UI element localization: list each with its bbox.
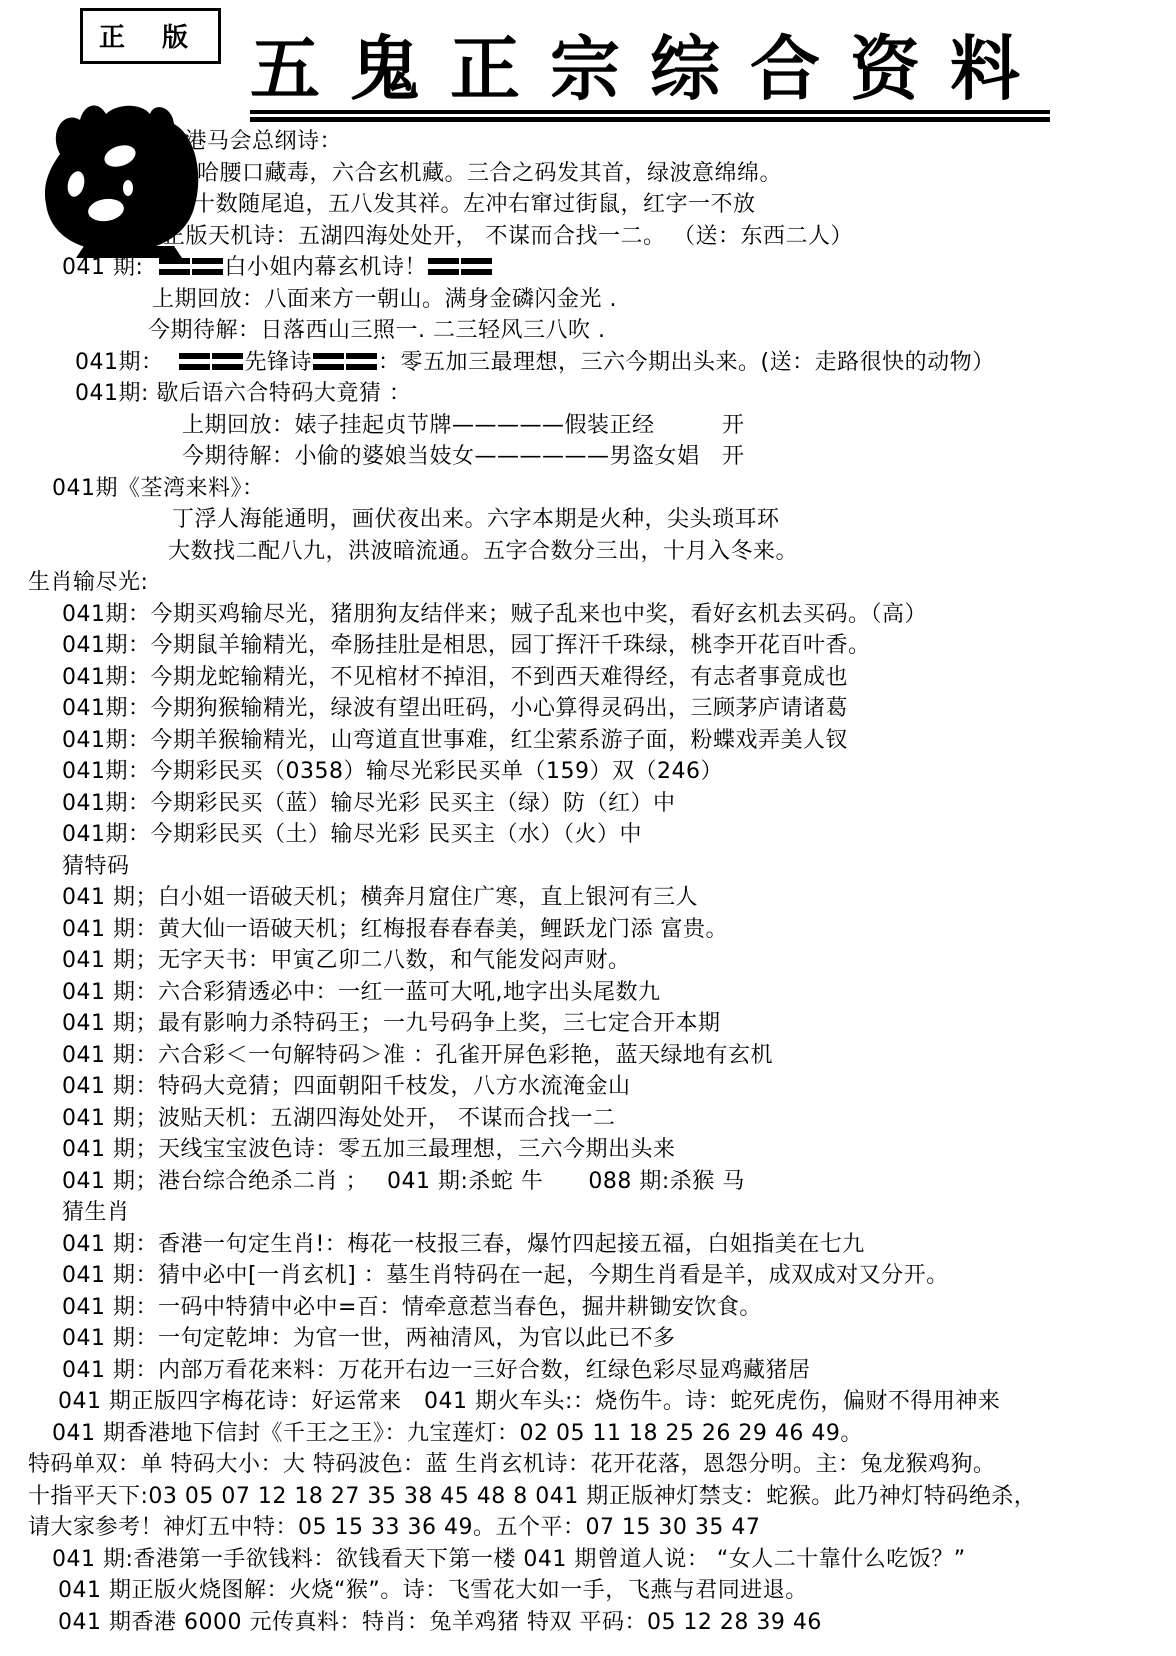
line-suffix: ：零五加三最理想，三六今期出头来。(送：走路很快的动物） bbox=[378, 350, 995, 375]
text-line: 041 期；无字天书：甲寅乙卯二八数，和气能发闷声财。 bbox=[0, 945, 1176, 977]
text-line: 041期：今期狗猴输精光，绿波有望出旺码，小心算得灵码出，三顾茅庐请诸葛 bbox=[0, 693, 1176, 725]
black-bar-icon bbox=[192, 258, 223, 275]
text-line: 041 期香港地下信封《千王之王》：九宝莲灯：02 05 11 18 25 26… bbox=[0, 1418, 1176, 1450]
text-line: 041期：今期彩民买（0358）输尽光彩民买单（159）双（246） bbox=[0, 756, 1176, 788]
text-line: 041期：今期彩民买（土）输尽光彩 民买主（水）（火）中 bbox=[0, 819, 1176, 851]
line-prefix: 041期： bbox=[75, 350, 178, 375]
text-line: 特码单双：单 特码大小：大 特码波色：蓝 生肖玄机诗：花开花落，恩怨分明。主：兔… bbox=[0, 1449, 1176, 1481]
black-bar-icon bbox=[179, 353, 210, 370]
line-label: 先锋诗 bbox=[244, 350, 312, 375]
black-bar-icon bbox=[461, 258, 492, 275]
text-line: 041期：今期彩民买（蓝）输尽光彩 民买主（绿）防（红）中 bbox=[0, 788, 1176, 820]
text-line-xianfengshi: 041期： 先锋诗：零五加三最理想，三六今期出头来。(送：走路很快的动物） bbox=[0, 347, 1176, 379]
text-line: 上期回放：八面来方一朝山。满身金磷闪金光 . bbox=[0, 284, 1176, 316]
line-prefix: 041 期: bbox=[62, 255, 158, 280]
black-bar-icon bbox=[428, 258, 459, 275]
text-line: 今期待解：小偷的婆娘当妓女——————男盗女娼 开 bbox=[0, 441, 1176, 473]
zhengban-badge: 正 版 bbox=[80, 8, 221, 64]
text-line: 041 期；港台综合绝杀二肖 ； 041 期:杀蛇 牛 088 期:杀猴 马 bbox=[0, 1166, 1176, 1198]
text-line: 上期回放：婊子挂起贞节牌—————假装正经 开 bbox=[0, 410, 1176, 442]
text-line: 丁浮人海能通明，画伏夜出来。六字本期是火种，尖头琐耳环 bbox=[0, 504, 1176, 536]
text-line: 041 期；天线宝宝波色诗：零五加三最理想，三六今期出头来 bbox=[0, 1134, 1176, 1166]
text-line: 041 期；最有影响力杀特码王；一九号码争上奖，三七定合开本期 bbox=[0, 1008, 1176, 1040]
black-bar-icon bbox=[346, 353, 377, 370]
section-heading-cai-shengxiao: 猜生肖 bbox=[0, 1197, 1176, 1229]
text-line: 041期《荃湾来料》： bbox=[0, 473, 1176, 505]
text-line: 041 期正版火烧图解：火烧“猴”。诗：飞雪花大如一手，飞燕与君同进退。 bbox=[0, 1575, 1176, 1607]
text-line: 今期待解：日落西山三照一. 二三轻风三八吹 . bbox=[0, 315, 1176, 347]
text-line: 041 期：香港一句定生肖!：梅花一枝报三春，爆竹四起接五福，白姐指美在七九 bbox=[0, 1229, 1176, 1261]
text-line: 041 期:香港第一手欲钱料：欲钱看天下第一楼 041 期曾道人说： “女人二十… bbox=[0, 1544, 1176, 1576]
text-line: 041期：今期买鸡输尽光，猪朋狗友结伴来；贼子乱来也中奖，看好玄机去买码。（高） bbox=[0, 599, 1176, 631]
black-bar-icon bbox=[159, 258, 190, 275]
black-bar-icon bbox=[212, 353, 243, 370]
page-title: 五鬼正宗综合资料 bbox=[250, 30, 1050, 114]
text-line: 十指平天下:03 05 07 12 18 27 35 38 45 48 8 04… bbox=[0, 1481, 1176, 1513]
text-line: 041 期；波贴天机：五湖四海处处开， 不谋而合找一二 bbox=[0, 1103, 1176, 1135]
text-line: 041 期香港 6000 元传真料：特肖：兔羊鸡猪 特双 平码：05 12 28… bbox=[0, 1607, 1176, 1639]
text-body: 香港马会总纲诗： 躬身哈腰口藏毒，六合玄机藏。三合之码发其首，绿波意绵绵。 两六… bbox=[0, 126, 1176, 1638]
text-line: 041 期：特码大竞猜；四面朝阳千枝发，八方水流淹金山 bbox=[0, 1071, 1176, 1103]
text-line: 041 期：一码中特猜中必中=百：情牵意惹当春色，掘井耕锄安饮食。 bbox=[0, 1292, 1176, 1324]
text-line: 请大家参考！神灯五中特：05 15 33 36 49。五个平：07 15 30 … bbox=[0, 1512, 1176, 1544]
ink-blot-graphic bbox=[24, 96, 206, 258]
text-line: 041期：今期羊猴输精光，山弯道直世事难，红尘萦系游子面，粉蝶戏弄美人钗 bbox=[0, 725, 1176, 757]
line-label: 白小姐内幕玄机诗！ bbox=[224, 255, 427, 280]
text-line: 大数找二配八九，洪波暗流通。五字合数分三出，十月入冬来。 bbox=[0, 536, 1176, 568]
black-bar-icon bbox=[313, 353, 344, 370]
text-line: 041期: 歇后语六合特码大竟猜 ： bbox=[0, 378, 1176, 410]
page-title-underline: 五鬼正宗综合资料 bbox=[250, 30, 1050, 122]
text-line: 041 期：六合彩＜一句解特码＞准 ：孔雀开屏色彩艳，蓝天绿地有玄机 bbox=[0, 1040, 1176, 1072]
text-line: 041 期：黄大仙一语破天机；红梅报春春春美，鲤跃龙门添 富贵。 bbox=[0, 914, 1176, 946]
text-line: 041期：今期鼠羊输精光，牵肠挂肚是相思，园丁挥汗千珠绿，桃李开花百叶香。 bbox=[0, 630, 1176, 662]
text-line: 041 期：内部万看花来料：万花开右边一三好合数，红绿色彩尽显鸡藏猪居 bbox=[0, 1355, 1176, 1387]
text-line: 041 期；白小姐一语破天机；横奔月窟住广寒，直上银河有三人 bbox=[0, 882, 1176, 914]
text-line: 041 期正版四字梅花诗：好运常来 041 期火车头:：烧伤牛。诗：蛇死虎伤，偏… bbox=[0, 1386, 1176, 1418]
text-line: 041 期：六合彩猜透必中：一红一蓝可大吼,地字出头尾数九 bbox=[0, 977, 1176, 1009]
section-heading-cai-tema: 猜特码 bbox=[0, 851, 1176, 883]
section-heading-shengxiao-shujinguang: 生肖输尽光: bbox=[0, 567, 1176, 599]
lottery-info-sheet: 正 版 五鬼正宗综合资料 香港马会总纲诗： 躬身哈腰口藏毒，六合玄机藏。三合之码… bbox=[0, 0, 1176, 1656]
text-line: 041 期：猜中必中[一肖玄机] ：墓生肖特码在一起，今期生肖看是羊，成双成对又… bbox=[0, 1260, 1176, 1292]
text-line: 041期：今期龙蛇输精光，不见棺材不掉泪，不到西天难得经，有志者事竟成也 bbox=[0, 662, 1176, 694]
text-line: 041 期：一句定乾坤：为官一世，两袖清风，为官以此已不多 bbox=[0, 1323, 1176, 1355]
